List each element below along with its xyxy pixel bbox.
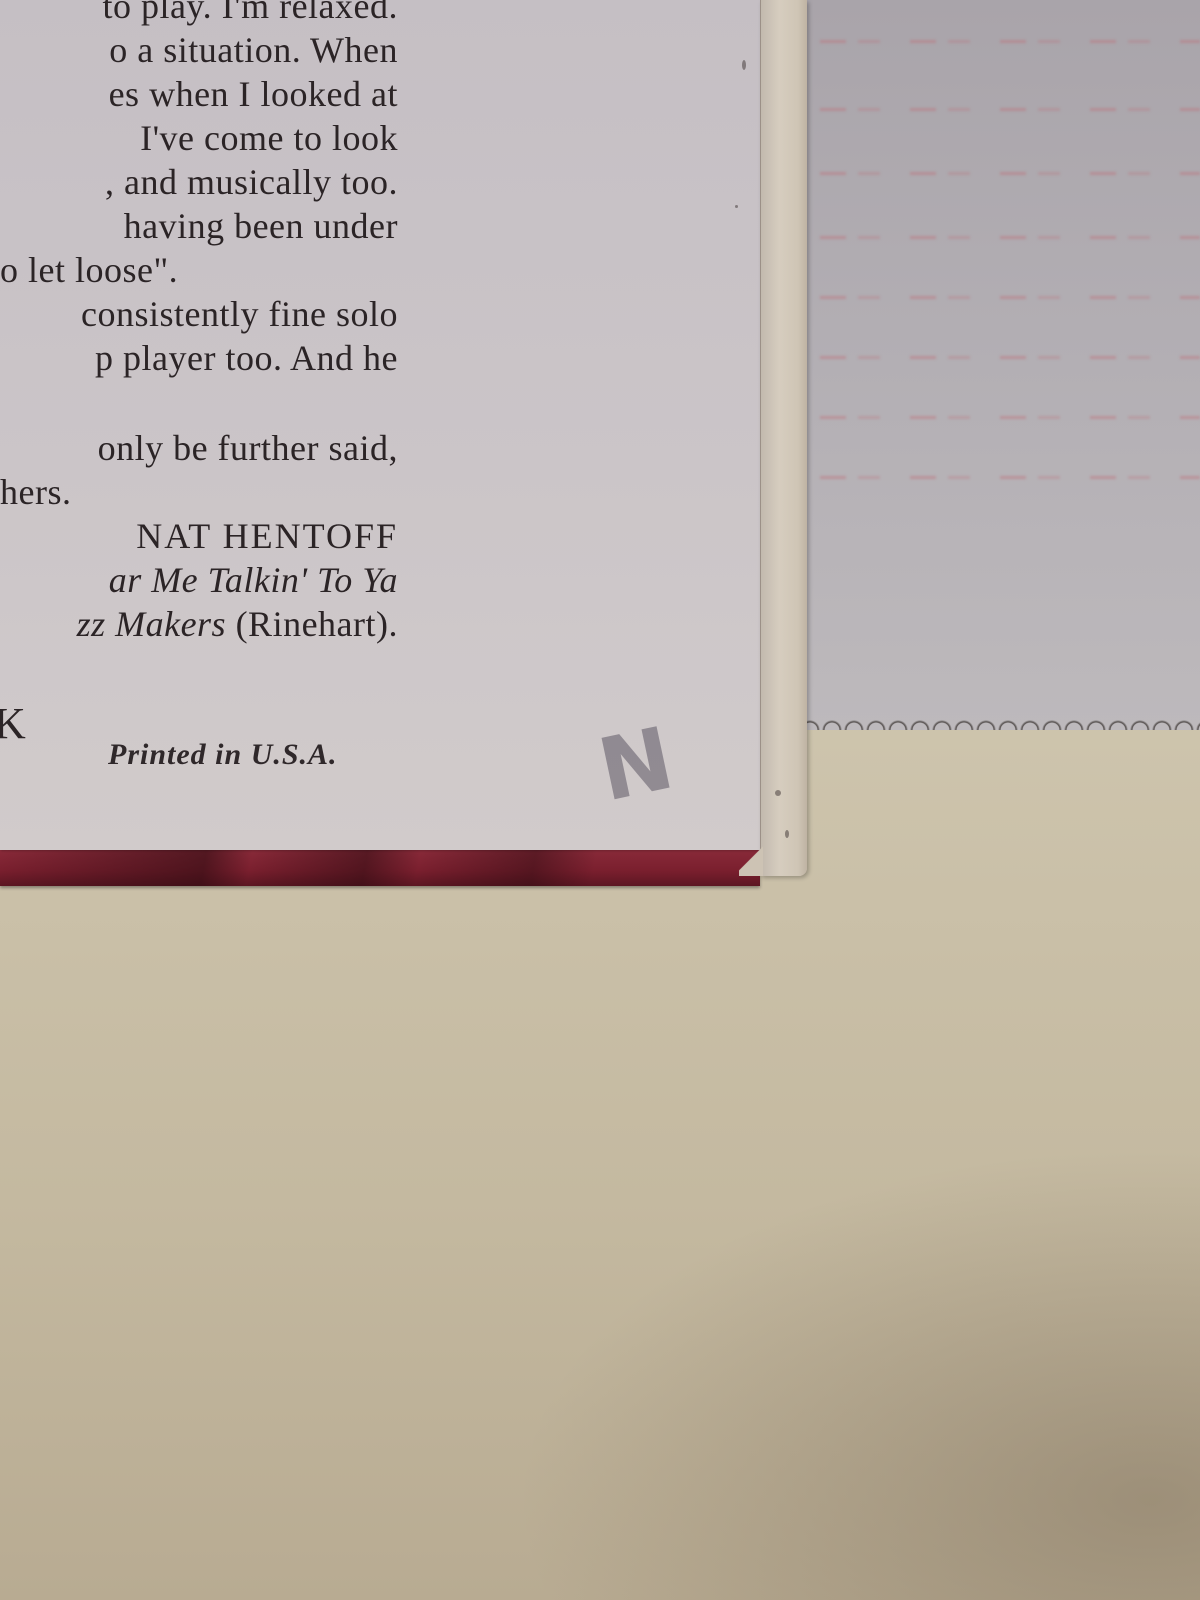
scuff-mark: [735, 205, 738, 208]
stamped-letter-n: N: [592, 715, 680, 814]
liner-line: es when I looked at: [0, 72, 398, 116]
jacket-spine-edge: [760, 0, 807, 876]
faint-printed-line: [820, 40, 1200, 43]
faint-printed-line: [820, 356, 1200, 359]
scuff-mark: [742, 60, 746, 70]
serrated-edge: [800, 714, 1200, 730]
book-title: zz Makers: [77, 604, 226, 644]
liner-line: , and musically too.: [0, 160, 398, 204]
background-printed-sheet: [800, 0, 1200, 730]
cropped-letter: K: [0, 698, 26, 749]
scuff-mark: [785, 830, 789, 838]
liner-notes: to play. I'm relaxed. o a situation. Whe…: [0, 0, 398, 646]
faint-printed-line: [820, 172, 1200, 175]
liner-line: hers.: [0, 470, 398, 514]
publisher: (Rinehart).: [236, 604, 398, 644]
liner-line: p player too. And he: [0, 336, 398, 380]
faint-printed-line: [820, 416, 1200, 419]
faint-printed-line: [820, 476, 1200, 479]
liner-line: to play. I'm relaxed.: [0, 0, 398, 28]
faint-printed-line: [820, 108, 1200, 111]
liner-line: having been under: [0, 204, 398, 248]
liner-line: I've come to look: [0, 116, 398, 160]
author-credit-line: ar Me Talkin' To Ya: [0, 558, 398, 602]
faint-printed-line: [820, 236, 1200, 239]
author-credit-line-2: zz Makers (Rinehart).: [0, 602, 398, 646]
liner-line: consistently fine solo: [0, 292, 398, 336]
liner-line: o a situation. When: [0, 28, 398, 72]
scuff-mark: [775, 790, 781, 796]
red-marbled-edge: [0, 848, 760, 886]
faint-printed-line: [820, 296, 1200, 299]
liner-line: only be further said,: [0, 426, 398, 470]
record-jacket-back: to play. I'm relaxed. o a situation. Whe…: [0, 0, 760, 850]
liner-line: o let loose".: [0, 248, 398, 292]
author-signature: NAT HENTOFF: [0, 514, 398, 558]
printed-in-usa: Printed in U.S.A.: [108, 738, 338, 772]
